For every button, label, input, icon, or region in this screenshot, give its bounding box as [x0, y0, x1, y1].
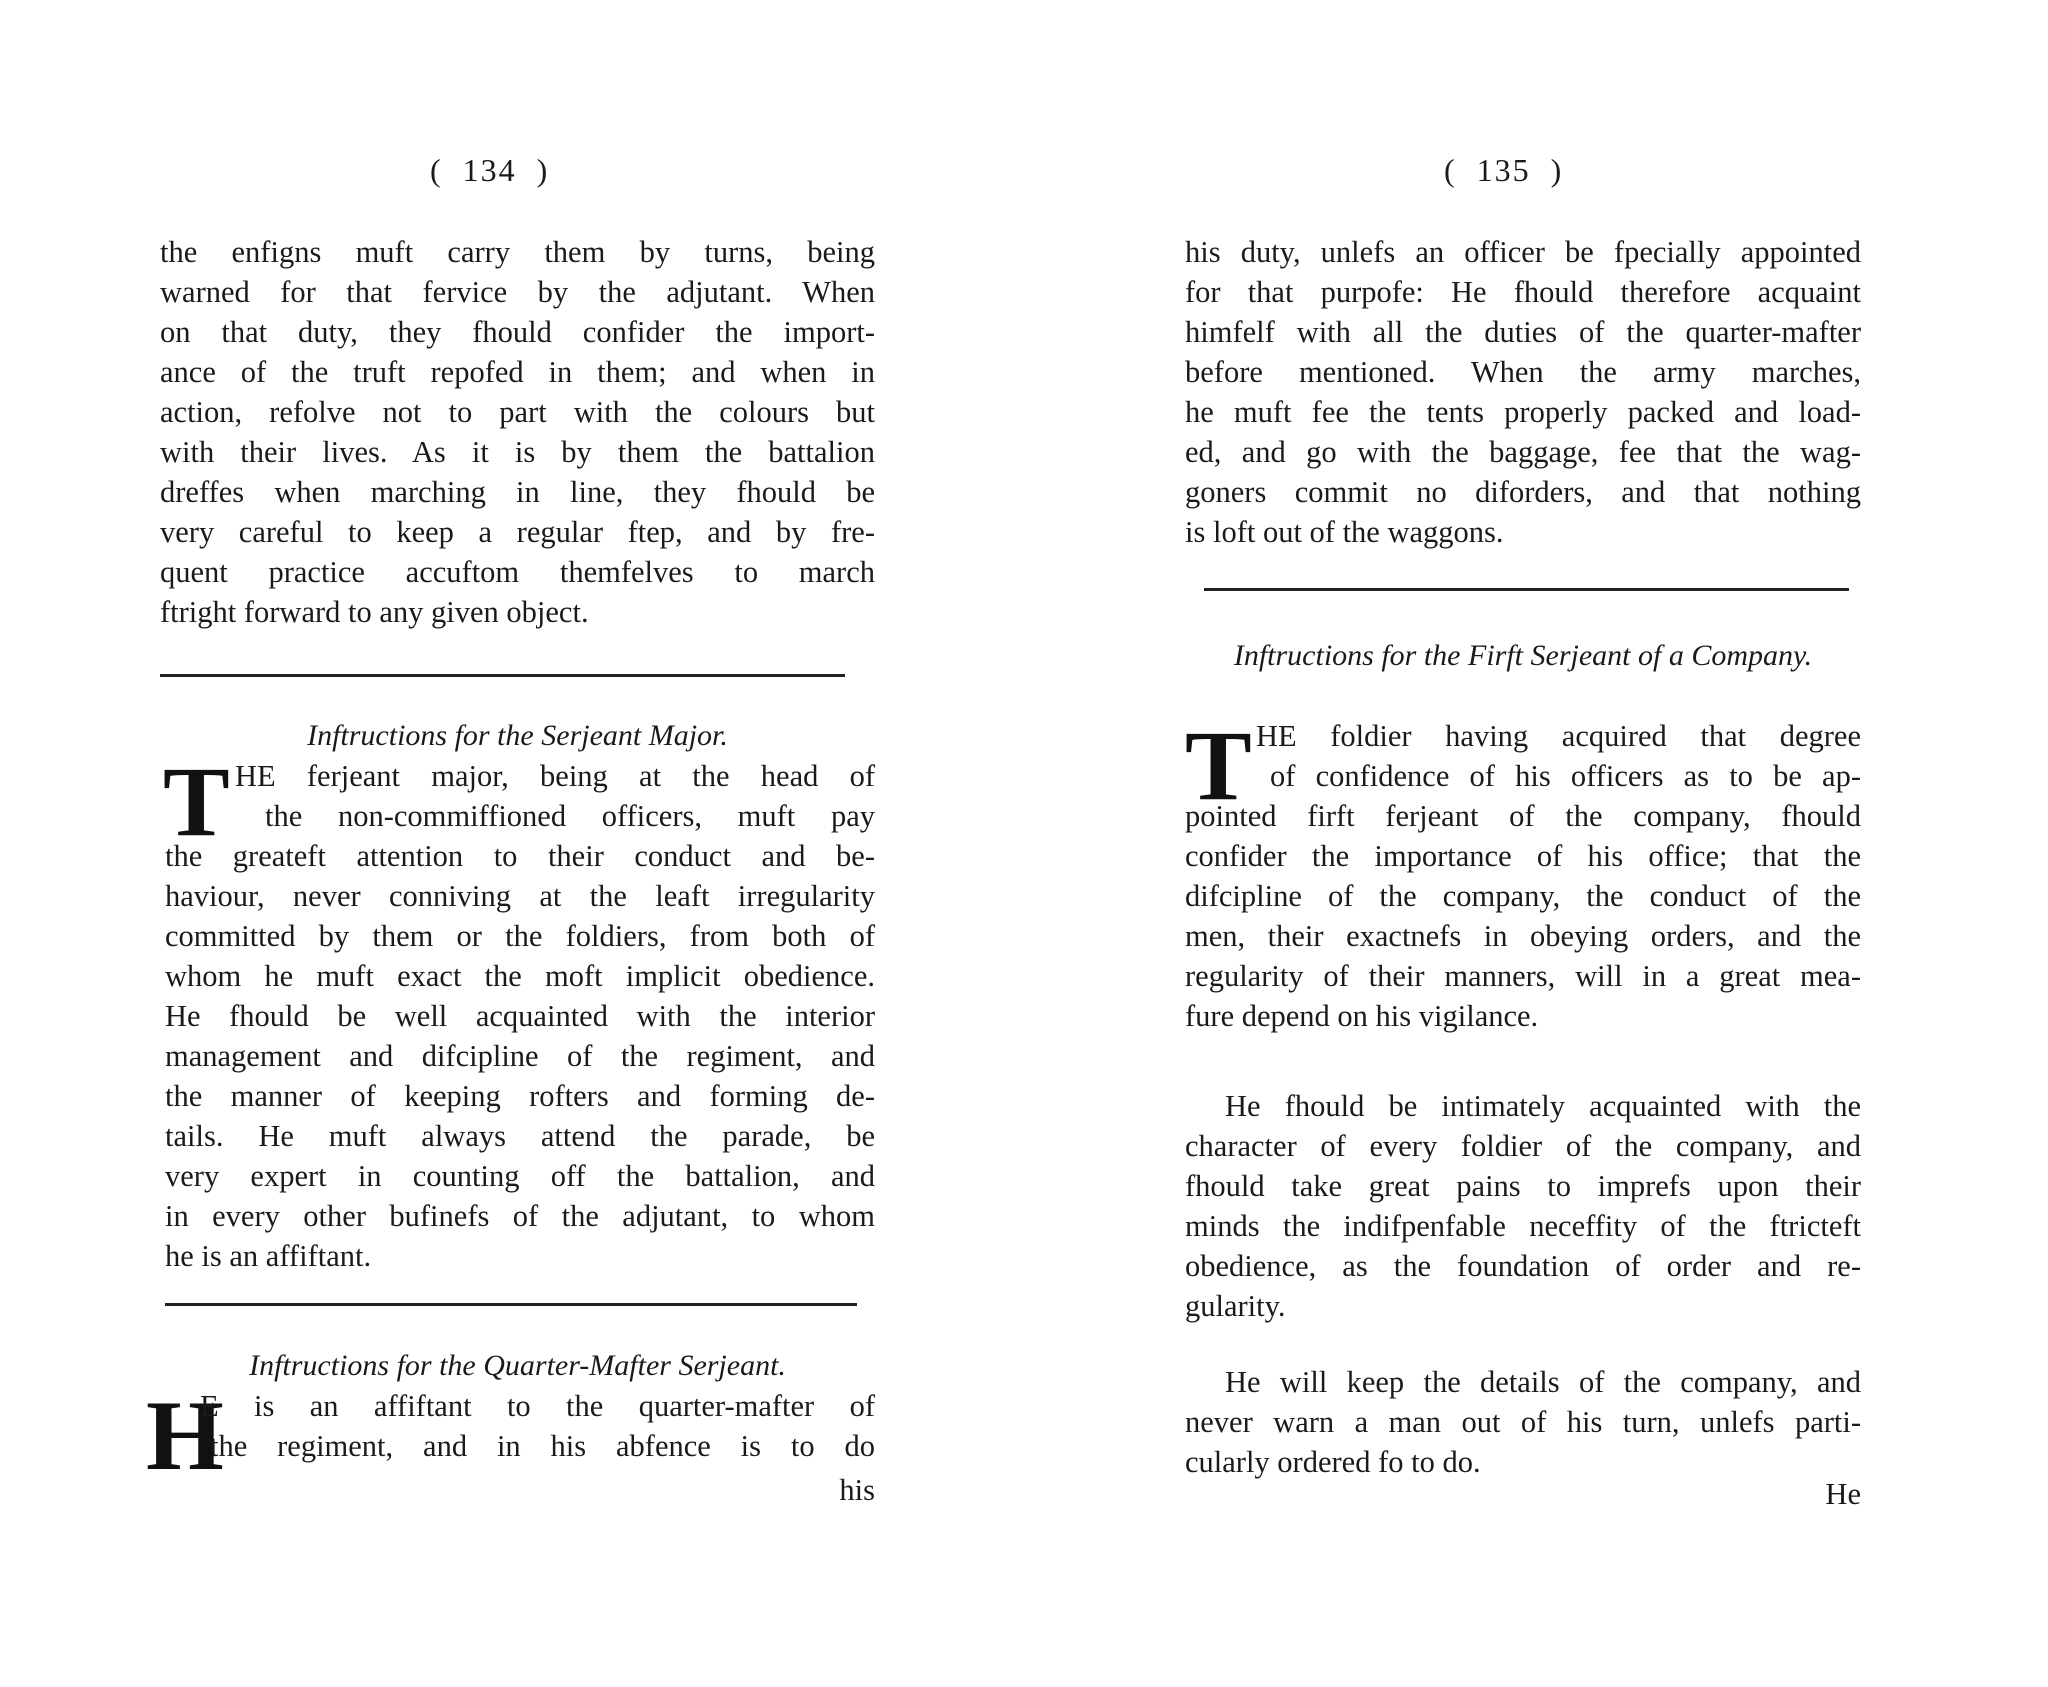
text-line: E is an affiftant to the quarter-mafter …	[200, 1386, 875, 1426]
text-line: HE foldier having acquired that degree	[1256, 716, 1861, 756]
text-line: ftright forward to any given object.	[160, 592, 875, 632]
text-line: committed by them or the foldiers, from …	[165, 916, 875, 956]
text-line: the enfigns muft carry them by turns, be…	[160, 232, 875, 272]
left-page: ( 134 ) the enfigns muft carry them by t…	[0, 0, 1024, 1687]
text-line: confider the importance of his office; t…	[1185, 836, 1861, 876]
text-line: the manner of keeping rofters and formin…	[165, 1076, 875, 1116]
text-line: ed, and go with the baggage, fee that th…	[1185, 432, 1861, 472]
text-line: quent practice accuftom themfelves to ma…	[160, 552, 875, 592]
text-line: the non-commiffioned officers, muft pay	[265, 796, 875, 836]
text-line: ance of the truft repofed in them; and w…	[160, 352, 875, 392]
text-line: of confidence of his officers as to be a…	[1270, 756, 1861, 796]
text-line: men, their exactnefs in obeying orders, …	[1185, 916, 1861, 956]
text-line: before mentioned. When the army marches,	[1185, 352, 1861, 392]
drop-cap: T	[1185, 726, 1252, 806]
text-line: in every other bufinefs of the adjutant,…	[165, 1196, 875, 1236]
text-line: whom he muft exact the moft implicit obe…	[165, 956, 875, 996]
right-page: ( 135 ) his duty, unlefs an officer be f…	[1024, 0, 2048, 1687]
section-heading: Inftructions for the Quarter-Mafter Serj…	[160, 1346, 875, 1386]
section-heading: Inftructions for the Firft Serjeant of a…	[1185, 636, 1861, 676]
section-divider	[165, 1303, 857, 1306]
text-line: regularity of their manners, will in a g…	[1185, 956, 1861, 996]
text-line: He will keep the details of the company,…	[1225, 1362, 1861, 1402]
section-heading: Inftructions for the Serjeant Major.	[160, 716, 875, 756]
text-line: warned for that fervice by the adjutant.…	[160, 272, 875, 312]
text-line: with their lives. As it is by them the b…	[160, 432, 875, 472]
text-line: He fhould be well acquainted with the in…	[165, 996, 875, 1036]
text-line: the regiment, and in his abfence is to d…	[210, 1426, 875, 1466]
text-line: dreffes when marching in line, they fhou…	[160, 472, 875, 512]
text-line: he muft fee the tents properly packed an…	[1185, 392, 1861, 432]
text-line: action, refolve not to part with the col…	[160, 392, 875, 432]
text-line: on that duty, they fhould confider the i…	[160, 312, 875, 352]
text-line: very expert in counting off the battalio…	[165, 1156, 875, 1196]
page-number: ( 135 )	[1444, 152, 1563, 189]
catchword: his	[700, 1470, 875, 1510]
drop-cap: T	[163, 762, 230, 842]
catchword: He	[1724, 1474, 1861, 1514]
text-line: gularity.	[1185, 1286, 1861, 1326]
text-line: fhould take great pains to imprefs upon …	[1185, 1166, 1861, 1206]
text-line: haviour, never conniving at the leaft ir…	[165, 876, 875, 916]
text-line: very careful to keep a regular ftep, and…	[160, 512, 875, 552]
text-line: pointed firft ferjeant of the company, f…	[1185, 796, 1861, 836]
text-line: fure depend on his vigilance.	[1185, 996, 1861, 1036]
text-line: HE ferjeant major, being at the head of	[235, 756, 875, 796]
text-line: minds the indifpenfable neceffity of the…	[1185, 1206, 1861, 1246]
text-line: difcipline of the company, the conduct o…	[1185, 876, 1861, 916]
text-line: He fhould be intimately acquainted with …	[1225, 1086, 1861, 1126]
text-line: himfelf with all the duties of the quart…	[1185, 312, 1861, 352]
section-divider	[160, 674, 845, 677]
text-line: he is an affiftant.	[165, 1236, 875, 1276]
text-line: for that purpofe: He fhould therefore ac…	[1185, 272, 1861, 312]
text-line: tails. He muft always attend the parade,…	[165, 1116, 875, 1156]
text-line: management and difcipline of the regimen…	[165, 1036, 875, 1076]
text-line: goners commit no diforders, and that not…	[1185, 472, 1861, 512]
text-line: his duty, unlefs an officer be fpecially…	[1185, 232, 1861, 272]
section-divider	[1204, 588, 1849, 591]
text-line: the greateft attention to their conduct …	[165, 836, 875, 876]
text-line: is loft out of the waggons.	[1185, 512, 1861, 552]
page-number: ( 134 )	[430, 152, 549, 189]
text-line: character of every foldier of the compan…	[1185, 1126, 1861, 1166]
text-line: obedience, as the foundation of order an…	[1185, 1246, 1861, 1286]
text-line: never warn a man out of his turn, unlefs…	[1185, 1402, 1861, 1442]
